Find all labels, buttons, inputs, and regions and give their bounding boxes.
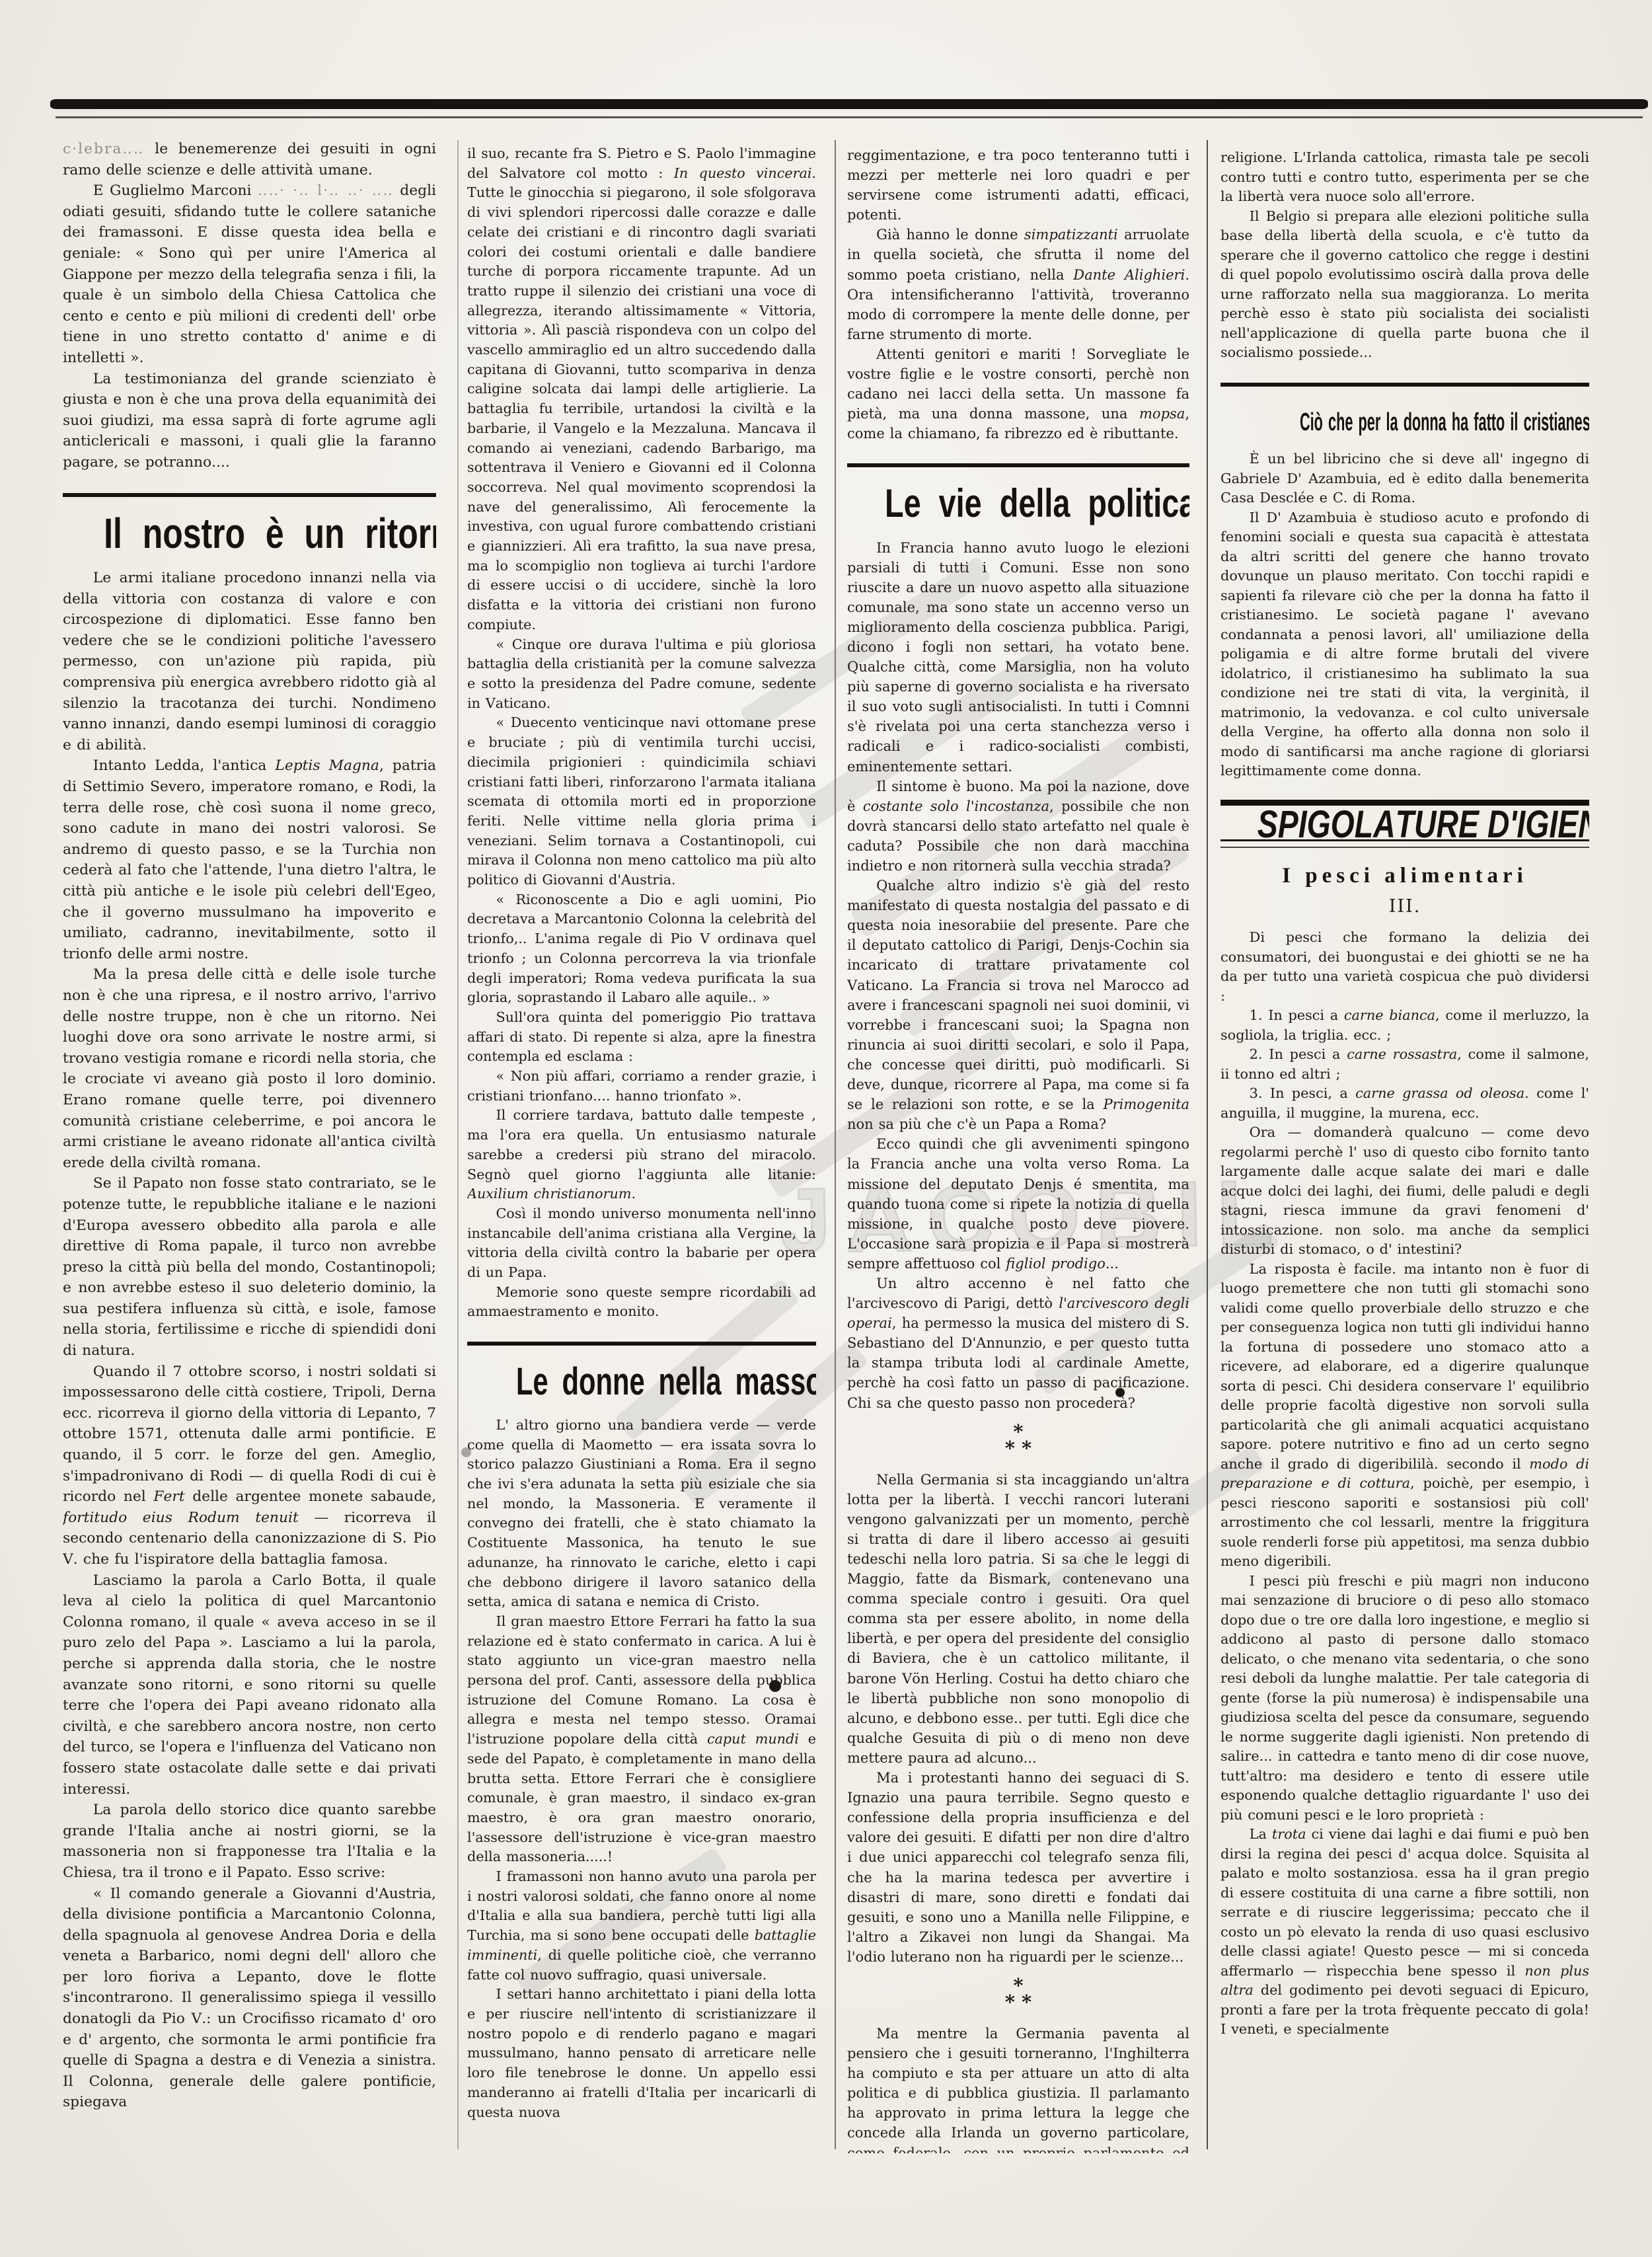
paragraph: 2. In pesci a carne rossastra, come il s…	[1220, 1045, 1589, 1084]
paragraph: Così il mondo universo monumenta nell'in…	[467, 1204, 816, 1283]
section-rule	[847, 463, 1189, 467]
paragraph: Quando il 7 ottobre scorso, i nostri sol…	[63, 1361, 436, 1570]
paragraph: 1. In pesci a carne bianca, come il merl…	[1220, 1006, 1589, 1045]
paragraph: I pesci più freschi e più magri non indu…	[1220, 1572, 1589, 1825]
column-1: c·lebra‥‥ le benemerenze dei gesuiti in …	[63, 136, 436, 2153]
column-4: religione. L'Irlanda cattolica, rimasta …	[1220, 136, 1589, 2153]
paragraph: Ma la presa delle città e delle isole tu…	[63, 964, 436, 1173]
paragraph: Nella Germania si sta incaggiando un'alt…	[847, 1470, 1189, 1768]
chapter-number: III.	[1220, 897, 1589, 917]
paragraph: La parola dello storico dice quanto sare…	[63, 1800, 436, 1883]
paragraph: Le armi italiane procedono innanzi nella…	[63, 568, 436, 755]
paragraph: reggimentazione, e tra poco tenteranno t…	[847, 145, 1189, 225]
headline-ritorno: Il nostro è un ritorno!	[104, 523, 395, 545]
paragraph: La trota ci viene dai laghi e dai fiumi …	[1220, 1825, 1589, 2040]
section-rule	[63, 493, 436, 497]
paragraph: 3. In pesci, a carne grassa od oleosa. c…	[1220, 1084, 1589, 1123]
paragraph: Già hanno le donne simpatizzanti arruola…	[847, 225, 1189, 344]
section-ritorno: Il nostro è un ritorno!	[63, 493, 436, 545]
paragraph: Sull'ora quinta del pomeriggio Pio tratt…	[467, 1008, 816, 1067]
paragraph: Se il Papato non fosse stato contrariato…	[63, 1173, 436, 1361]
paragraph: Un altro accenno è nel fatto che l'arciv…	[847, 1274, 1189, 1413]
asterisk-row: * *	[847, 1440, 1189, 1457]
paragraph: Il Belgio si prepara alle elezioni polit…	[1220, 207, 1589, 363]
paragraph: Memorie sono queste sempre ricordabili a…	[467, 1283, 816, 1322]
paragraph: Ma mentre la Germania paventa al pensier…	[847, 2024, 1189, 2153]
paragraph: E Guglielmo Marconi ‥‥· ·‥ l·‥ ‥· ‥‥ deg…	[63, 180, 436, 368]
masthead-rule-thick	[50, 99, 1648, 109]
paragraph: Ora — domanderà qualcuno — come devo reg…	[1220, 1123, 1589, 1260]
paragraph: « Non più affari, corriamo a render graz…	[467, 1067, 816, 1106]
subhead-pesci: I pesci alimentari	[1220, 866, 1589, 886]
newspaper-page: JACOBIL c·lebra‥‥ le benemerenze dei ges…	[0, 0, 1652, 2257]
paragraph: « Il comando generale a Giovanni d'Austr…	[63, 1884, 436, 2114]
damaged-print: c·lebra‥‥	[63, 141, 144, 157]
paragraph: « Riconoscente a Dio e agli uomini, Pio …	[467, 890, 816, 1008]
section-rule	[467, 1342, 816, 1346]
masthead-rule-thin	[56, 116, 1643, 118]
paragraph: I framassoni non hanno avuto una parola …	[467, 1867, 816, 1985]
paragraph: religione. L'Irlanda cattolica, rimasta …	[1220, 148, 1589, 207]
paragraph: Ecco quindi che gli avvenimenti spingono…	[847, 1134, 1189, 1274]
asterisk-row: * *	[847, 1994, 1189, 2010]
paragraph: La risposta è facile. ma intanto non è f…	[1220, 1260, 1589, 1572]
headline-donne: Le donne nella massoneria	[516, 1372, 767, 1392]
paragraph: I settari hanno architettato i piani del…	[467, 1985, 816, 2122]
paragraph: È un bel libricino che si deve all' inge…	[1220, 449, 1589, 508]
paragraph: L' altro giorno una bandiera verde — ver…	[467, 1416, 816, 1612]
paragraph: Ma i protestanti hanno dei seguaci di S.…	[847, 1768, 1189, 1967]
section-donne: Le donne nella massoneria	[467, 1342, 816, 1392]
paragraph: il suo, recante fra S. Pietro e S. Paolo…	[467, 144, 816, 635]
asterisk-separator: ** *	[847, 1424, 1189, 1457]
headline-vie: Le vie della politica	[885, 494, 1152, 514]
paragraph: Il gran maestro Ettore Ferrari ha fatto …	[467, 1612, 816, 1867]
headline-cio: Ciò che per la donna ha fatto il cristia…	[1300, 413, 1510, 433]
column-3: reggimentazione, e tra poco tenteranno t…	[847, 136, 1189, 2153]
paragraph: In Francia hanno avuto luogo le elezioni…	[847, 538, 1189, 777]
asterisk-separator: ** *	[847, 1977, 1189, 2010]
paragraph: La testimonianza del grande scienziato è…	[63, 369, 436, 473]
paragraph: Qualche altro indizio s'è già del resto …	[847, 876, 1189, 1134]
paragraph: Il sintome è buono. Ma poi la nazione, d…	[847, 777, 1189, 876]
paragraph: c·lebra‥‥ le benemerenze dei gesuiti in …	[63, 139, 436, 180]
paragraph: Il corriere tardava, battuto dalle tempe…	[467, 1106, 816, 1204]
section-vie: Le vie della politica	[847, 463, 1189, 514]
damaged-print: ‥‥· ·‥ l·‥ ‥· ‥‥	[258, 182, 394, 199]
section-cio: Ciò che per la donna ha fatto il cristia…	[1220, 383, 1589, 433]
column-grid: c·lebra‥‥ le benemerenze dei gesuiti in …	[63, 136, 1589, 2153]
paragraph: Intanto Ledda, l'antica Leptis Magna, pa…	[63, 755, 436, 964]
column-2: il suo, recante fra S. Pietro e S. Paolo…	[467, 136, 816, 2153]
paragraph: « Cinque ore durava l'ultima e più glori…	[467, 635, 816, 714]
paragraph: « Duecento venticinque navi ottomane pre…	[467, 713, 816, 890]
paragraph: Lasciamo la parola a Carlo Botta, il qua…	[63, 1570, 436, 1800]
section-rule	[1220, 383, 1589, 387]
paragraph: Di pesci che formano la delizia dei cons…	[1220, 928, 1589, 1006]
section-spigolature: SPIGOLATURE D'IGIENE	[1220, 800, 1589, 849]
banner-title-spigolature: SPIGOLATURE D'IGIENE	[1258, 815, 1552, 835]
paragraph: Attenti genitori e mariti ! Sorvegliate …	[847, 344, 1189, 443]
paragraph: Il D' Azambuia è studioso acuto e profon…	[1220, 508, 1589, 781]
